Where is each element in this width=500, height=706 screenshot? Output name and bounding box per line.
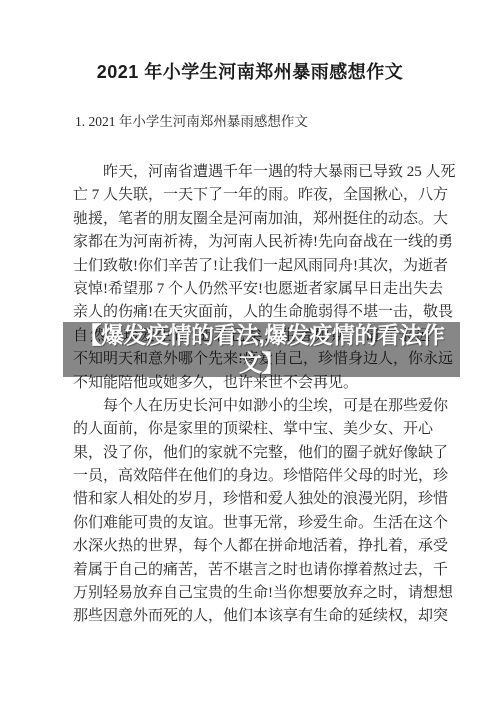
body-line: 万别轻易放弃自己宝贵的生命!当你想要放弃之时，请想想 — [73, 582, 430, 605]
body-line: 果，没了你，他们的家就不完整，他们的圈子就好像缺了 — [73, 442, 430, 465]
article-body: 昨天，河南省遭遇千年一遇的特大暴雨已导致 25 人死亡 7 人失联，一天下了一年… — [73, 161, 430, 629]
body-line: 每个人在历史长河中如渺小的尘埃，可是在那些爱你 — [73, 395, 430, 418]
body-line: 那些因意外而死的人，他们本该享有生命的延续权，却突 — [73, 605, 430, 628]
body-line: 水深火热的世界，每个人都在拼命地活着，挣扎着，承受 — [73, 535, 430, 558]
body-line: 哀悼!希望那 7 个人仍然平安!也愿逝者家属早日走出失去 — [73, 278, 430, 301]
paragraph: 每个人在历史长河中如渺小的尘埃，可是在那些爱你的人面前，你是家里的顶梁柱、掌中宝… — [73, 395, 430, 629]
body-line: 昨天，河南省遭遇千年一遇的特大暴雨已导致 25 人死 — [73, 161, 430, 184]
page-title: 2021 年小学生河南郑州暴雨感想作文 — [0, 60, 500, 84]
body-line: 着属于自己的痛苦，苦不堪言之时也请你撑着熬过去，千 — [73, 559, 430, 582]
banner-text-line: 【爆发疫情的看法,爆发疫情的看法作 — [63, 322, 460, 350]
document-page: 2021 年小学生河南郑州暴雨感想作文 1. 2021 年小学生河南郑州暴雨感想… — [0, 0, 500, 706]
body-line: 家都在为河南祈祷，为河南人民祈祷!先向奋战在一线的勇 — [73, 231, 430, 254]
text-overlay-banner[interactable]: 【爆发疫情的看法,爆发疫情的看法作文】 — [63, 322, 460, 377]
body-line: 亡 7 人失联，一天下了一年的雨。昨夜，全国揪心，八方 — [73, 184, 430, 207]
body-line: 驰援，笔者的朋友圈全是河南加油，郑州挺住的动态。大 — [73, 208, 430, 231]
body-line: 惜和家人相处的岁月，珍惜和爱人独处的浪漫光阴，珍惜 — [73, 488, 430, 511]
body-line: 一员，高效陪伴在他们的身边。珍惜陪伴父母的时光，珍 — [73, 465, 430, 488]
body-line: 你们难能可贵的友谊。世事无常，珍爱生命。生活在这个 — [73, 512, 430, 535]
body-line: 士们致敬!你们辛苦了!让我们一起风雨同舟!其次，为逝者 — [73, 255, 430, 278]
body-line: 的人面前，你是家里的顶梁柱、掌中宝、美少女、开心 — [73, 418, 430, 441]
section-heading: 1. 2021 年小学生河南郑州暴雨感想作文 — [75, 113, 308, 131]
banner-text-line: 文】 — [63, 350, 460, 378]
